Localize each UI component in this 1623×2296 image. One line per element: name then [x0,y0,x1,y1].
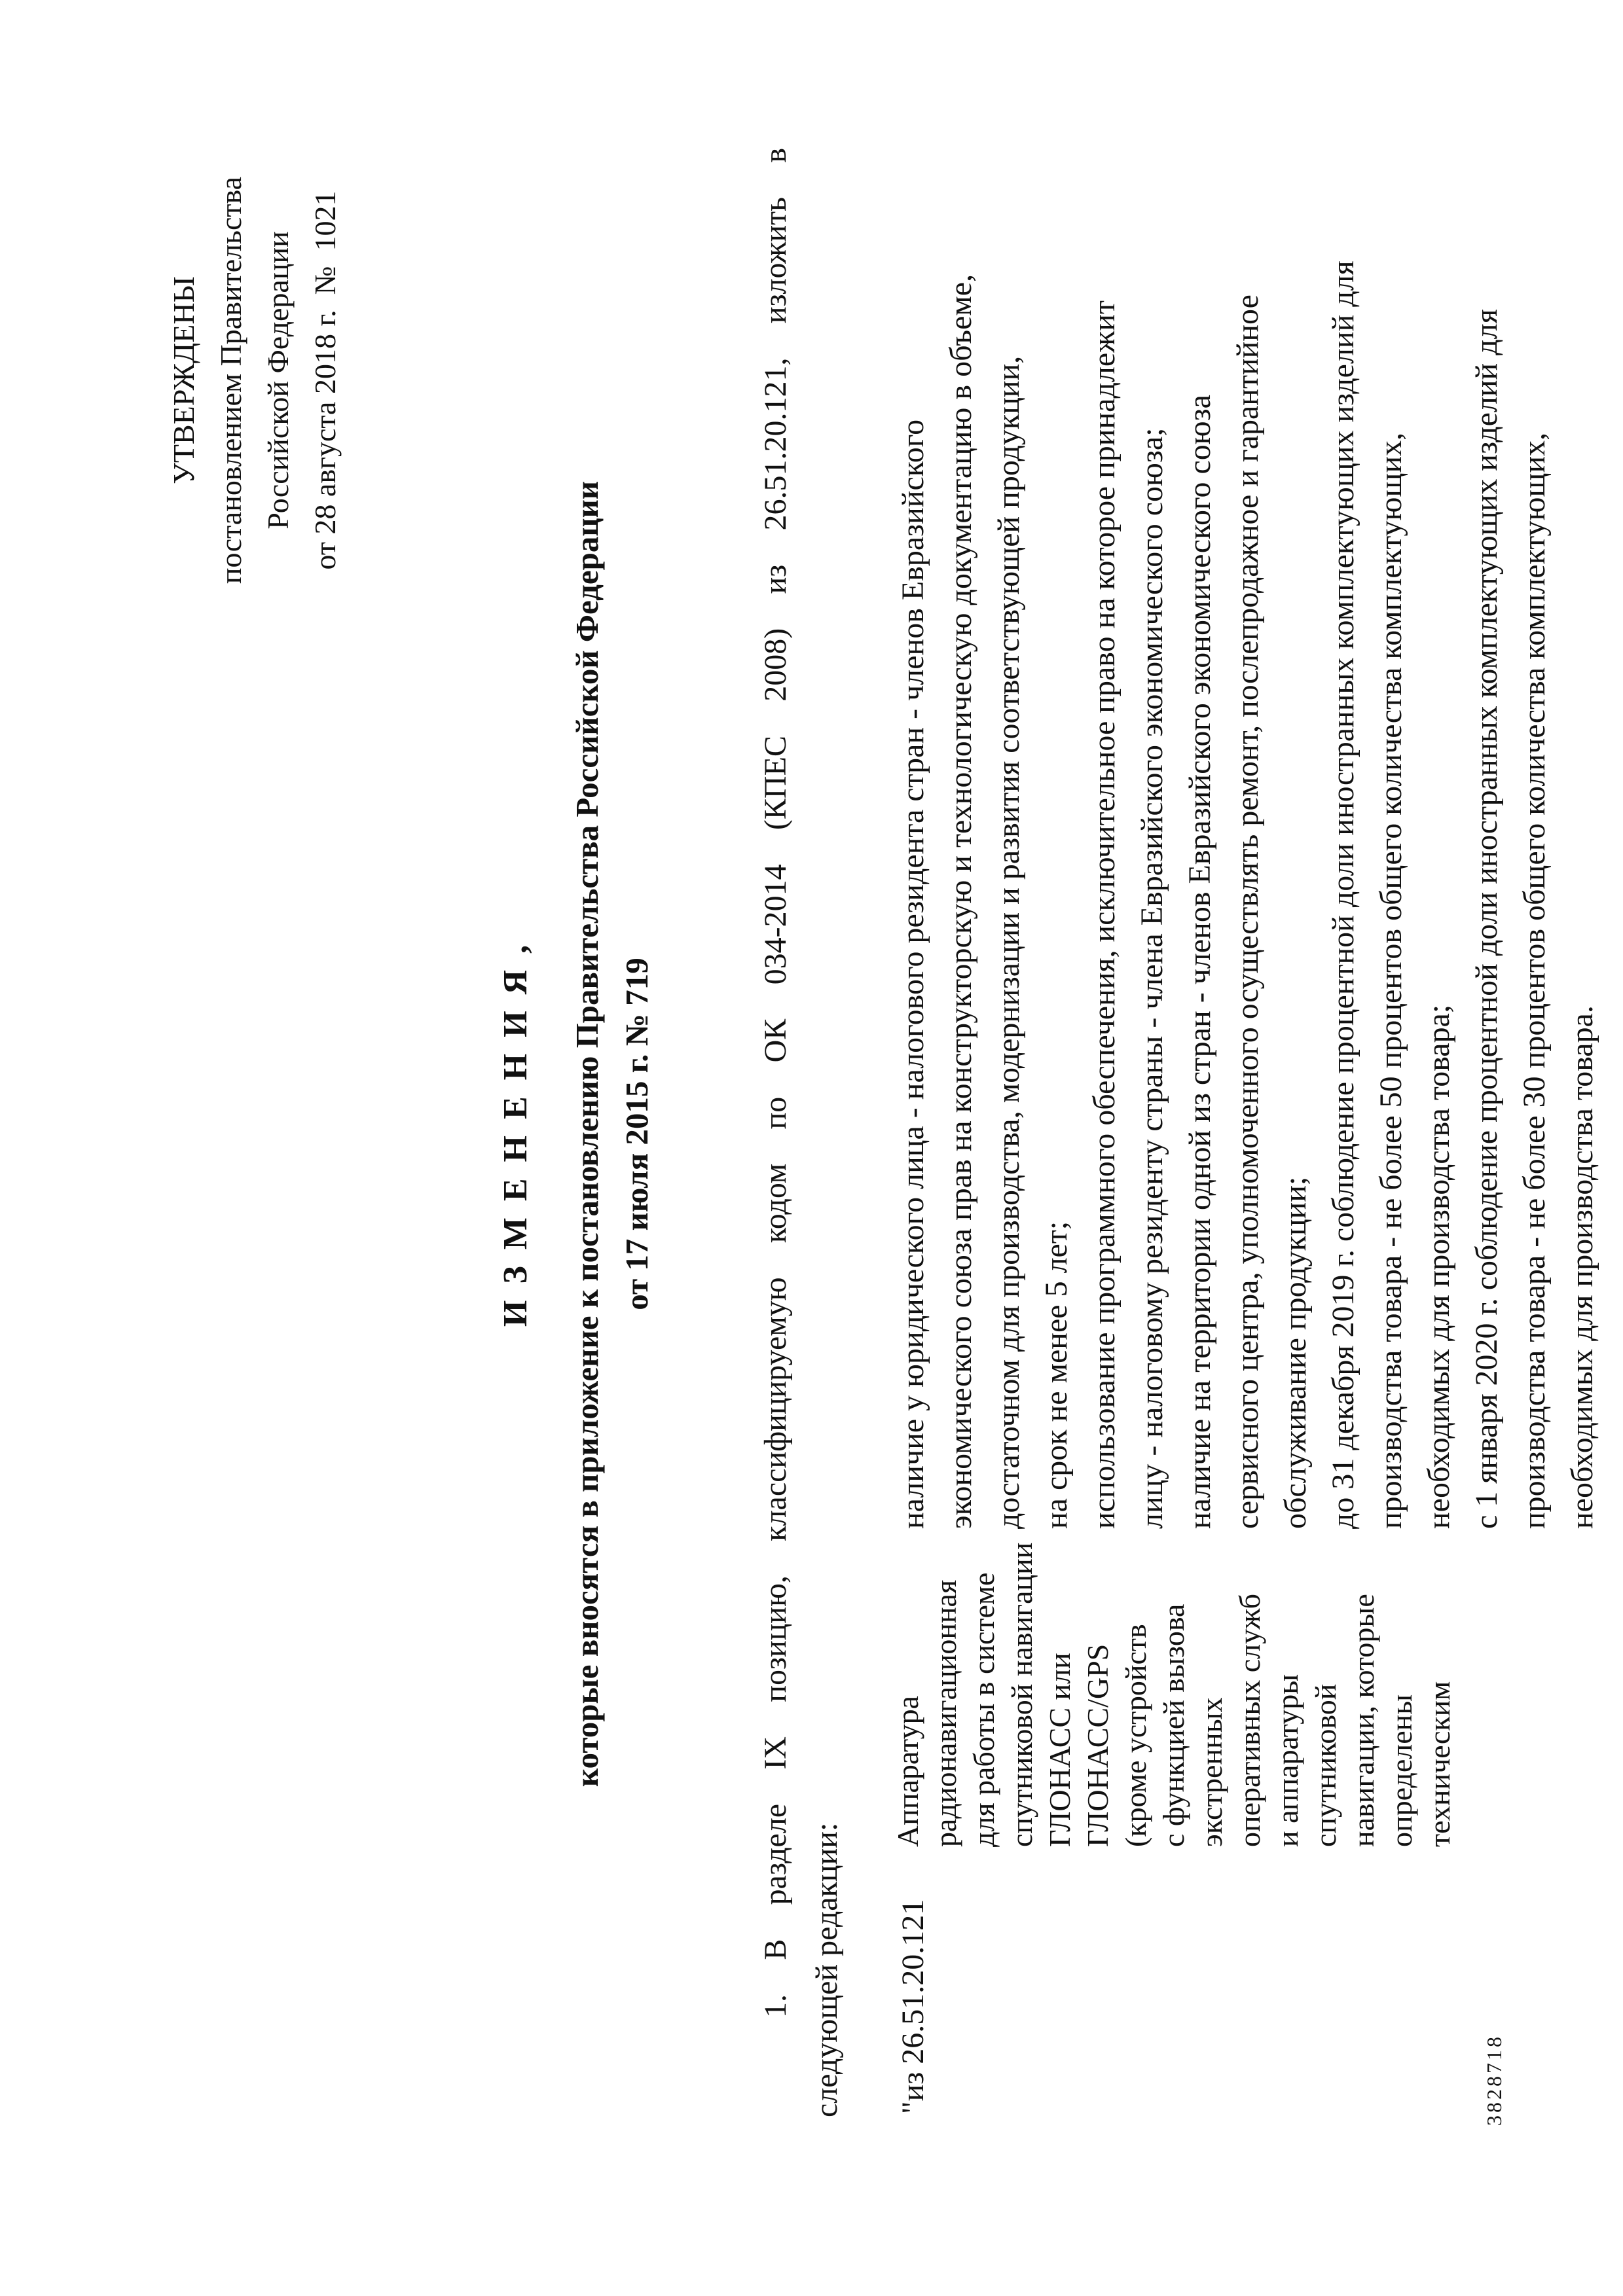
requirement-line: использование программного обеспечения, … [1080,141,1128,1529]
print-order-number: 3828718 [1482,2034,1506,2126]
requirement-line: необходимых для производства товара; [1415,141,1463,1529]
requirement-line: производства товара - не более 50 процен… [1367,141,1415,1529]
approval-line-federation: Российской Федерации [255,154,302,606]
requirement-line: необходимых для производства товара. [1558,141,1606,1529]
approval-line-approved: УТВЕРЖДЕНЫ [160,154,208,606]
classification-table-row: "из 26.51.20.121 Аппаратура радионавигац… [889,144,1609,2114]
requirement-line: обслуживание продукции; [1271,141,1319,1529]
amendment-paragraph: 1. В разделе IX позицию, классифицируему… [750,148,852,2117]
approval-line-date-number: от 28 августа 2018 г. № 1021 [302,154,349,606]
scanned-document-page: { "approval_block": { "lines": [ "УТВЕРЖ… [0,0,1623,2296]
amendment-paragraph-line1: 1. В разделе IX позицию, классифицируему… [750,148,801,2117]
document-title: И З М Е Н Е Н И Я , [496,151,535,2117]
amendment-paragraph-line2: следующей редакции: [801,148,852,2117]
requirement-line: лицу - налоговому резиденту страны - чле… [1128,141,1176,1529]
requirement-line: экономического союза прав на конструктор… [937,141,985,1529]
approval-block: УТВЕРЖДЕНЫ постановлением Правительства … [160,154,349,606]
document-subtitle-line2: от 17 июля 2015 г. № 719 [618,151,655,2117]
requirement-line: сервисного центра, уполномоченного осуще… [1224,141,1271,1529]
requirement-line: с 1 января 2020 г. соблюдение процентной… [1463,141,1510,1529]
table-cell-requirements: наличие у юридического лица - налогового… [889,141,1606,1529]
requirement-line: наличие у юридического лица - налогового… [889,141,937,1529]
requirement-line: наличие на территории одной из стран - ч… [1176,141,1224,1529]
requirement-line: на срок не менее 5 лет; [1032,141,1080,1529]
document-subtitle-line1: которые вносятся в приложение к постанов… [568,151,606,2117]
requirement-line: до 31 декабря 2019 г. соблюдение процент… [1319,141,1367,1529]
approval-line-resolution: постановлением Правительства [208,154,255,606]
requirement-line: достаточном для производства, модернизац… [985,141,1032,1529]
requirement-line: производства товара - не более 30 процен… [1510,141,1558,1529]
rotated-document-sheet: УТВЕРЖДЕНЫ постановлением Правительства … [0,0,1623,2296]
table-cell-code: "из 26.51.20.121 [889,1856,937,2114]
